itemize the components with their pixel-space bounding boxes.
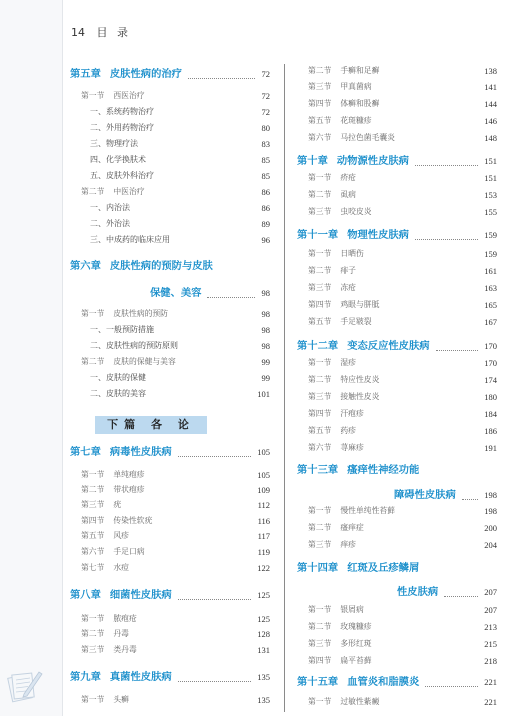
section-number: 第一节 [308,697,331,706]
toc-subitem-entry: 二、皮肤的美容101 [70,386,270,402]
toc-subitem-entry: 一、内治法86 [70,200,270,216]
toc-section-entry: 第五节风疹117 [70,528,270,544]
section-label: 第一节西医治疗 [81,88,145,104]
toc-section-entry: 第二节虱病153 [297,187,497,203]
section-label: 第三节虫咬皮炎 [308,204,372,220]
section-label: 第七节水痘 [81,560,129,576]
page-ref: 198 [484,485,497,505]
subitem-title: 五、皮肤外科治疗 [90,168,154,184]
toc-subitem-entry: 二、外用药物治疗80 [70,120,270,136]
chapter-title: 细菌性皮肤病 [110,589,172,601]
toc-section-entry: 第六节手足口病119 [70,544,270,560]
section-title: 药疹 [340,426,356,435]
section-label: 第三节疣 [81,497,121,513]
section-title: 水痘 [113,563,129,572]
toc-chapter-entry: 第十章动物源性皮肤病151 [297,151,497,171]
section-number: 第二节 [308,622,331,631]
header-title-char: 录 [117,26,128,39]
section-label: 第二节中医治疗 [81,184,145,200]
toc-section-entry: 第一节疥疮151 [297,170,497,186]
subitem-title: 四、化学换肤术 [90,152,146,168]
toc-chapter-continuation: 障碍性皮肤病198 [297,485,497,505]
section-label: 第六节马拉色菌毛囊炎 [308,130,395,146]
chapter-title: 血管炎和脂膜炎 [347,676,419,688]
section-number: 第二节 [81,485,104,494]
toc-subitem-entry: 一、系统药物治疗72 [70,104,270,120]
section-label: 第一节单纯疱疹 [81,467,145,483]
section-number: 第三节 [308,207,331,216]
section-number: 第一节 [308,173,331,182]
toc-section-entry: 第二节带状疱疹109 [70,482,270,498]
chapter-label: 第十二章变态反应性皮肤病 [297,336,430,356]
section-title: 多形红斑 [340,639,371,648]
page-ref: 198 [484,503,497,519]
section-number: 第七节 [81,563,104,572]
subitem-title: 一、内治法 [90,200,130,216]
toc-section-entry: 第三节虫咬皮炎155 [297,204,497,220]
leader-dots [462,479,478,500]
section-title: 痱子 [340,266,356,275]
section-title: 疥疮 [340,173,356,182]
section-label: 第五节手足皲裂 [308,314,372,330]
page-ref: 151 [484,151,497,171]
page-ref: 99 [262,354,271,370]
toc-section-entry: 第三节痒疹204 [297,537,497,553]
toc-section-entry: 第一节日晒伤159 [297,246,497,262]
subitem-title: 三、物理疗法 [90,136,138,152]
page-ref: 112 [258,497,270,513]
chapter-title: 瘙痒性神经功能 [347,464,419,476]
section-title: 甲真菌病 [340,82,371,91]
page-ref: 148 [484,130,497,146]
page-ref: 161 [484,263,497,279]
section-label: 第二节玫瑰糠疹 [308,619,372,635]
chapter-number: 第八章 [70,589,101,601]
page-header: 14 目 录 [71,24,134,40]
section-number: 第三节 [81,645,104,654]
toc-section-entry: 第四节鸡眼与胼胝165 [297,297,497,313]
chapter-label: 第六章皮肤性病的预防与皮肤 [70,256,213,276]
page-ref: 218 [484,653,497,669]
toc-section-entry: 第七节水痘122 [70,560,270,576]
toc-subitem-entry: 一、一般预防措施98 [70,322,270,338]
section-label: 第二节特应性皮炎 [308,372,379,388]
toc-section-entry: 第二节中医治疗86 [70,184,270,200]
section-number: 第四节 [308,409,331,418]
page-ref: 80 [262,120,271,136]
toc-section-entry: 第五节手足皲裂167 [297,314,497,330]
toc-chapter-entry: 第九章真菌性皮肤病135 [70,667,270,687]
page-ref: 153 [484,187,497,203]
page-ref: 116 [258,513,270,529]
toc-subitem-entry: 二、外治法89 [70,216,270,232]
page-ref: 180 [484,389,497,405]
section-label: 第四节传染性软疣 [81,513,152,529]
section-title: 西医治疗 [113,91,144,100]
leader-dots [415,145,478,166]
toc-section-entry: 第一节湿疹170 [297,355,497,371]
section-title: 银屑病 [340,605,363,614]
page-ref: 105 [257,467,270,483]
page-ref: 170 [484,355,497,371]
section-number: 第二节 [308,375,331,384]
chapter-title-continued: 性皮肤病 [397,582,438,602]
section-label: 第一节过敏性紫癜 [308,694,379,710]
section-label: 第五节风疹 [81,528,129,544]
section-label: 第一节疥疮 [308,170,356,186]
section-number: 第三节 [308,392,331,401]
chapter-title: 真菌性皮肤病 [110,671,172,683]
chapter-number: 第十二章 [297,340,338,352]
chapter-label: 第七章病毒性皮肤病 [70,442,172,462]
page-ref: 86 [262,200,271,216]
section-number: 第四节 [308,99,331,108]
page-ref: 141 [484,79,497,95]
subitem-title: 二、外用药物治疗 [90,120,154,136]
section-number: 第一节 [81,470,104,479]
section-title: 中医治疗 [113,187,144,196]
section-title: 玫瑰糠疹 [340,622,371,631]
section-number: 第五节 [308,116,331,125]
toc-section-entry: 第二节皮肤的保健与美容99 [70,354,270,370]
toc-subitem-entry: 三、物理疗法83 [70,136,270,152]
chapter-label: 第十一章物理性皮肤病 [297,225,409,245]
section-title: 皮肤的保健与美容 [113,357,175,366]
section-label: 第四节扁平苔藓 [308,653,372,669]
section-number: 第五节 [308,426,331,435]
chapter-label: 第十四章红斑及丘疹鳞屑 [297,558,419,578]
page-ref: 125 [257,611,270,627]
section-label: 第三节痒疹 [308,537,356,553]
section-label: 第五节药疹 [308,423,356,439]
section-title: 湿疹 [340,358,356,367]
page-ref: 119 [258,544,270,560]
toc-chapter-entry: 第八章细菌性皮肤病125 [70,585,270,605]
subitem-title: 一、系统药物治疗 [90,104,154,120]
toc-section-entry: 第二节痱子161 [297,263,497,279]
section-number: 第六节 [308,443,331,452]
section-number: 第一节 [308,249,331,258]
toc-chapter-entry: 第十三章瘙痒性神经功能 [297,460,497,480]
chapter-number: 第十四章 [297,562,338,574]
page-ref: 165 [484,297,497,313]
toc-chapter-entry: 第十二章变态反应性皮肤病170 [297,336,497,356]
chapter-label: 第八章细菌性皮肤病 [70,585,172,605]
chapter-label: 第九章真菌性皮肤病 [70,667,172,687]
toc-section-entry: 第三节冻疮163 [297,280,497,296]
section-label: 第一节慢性单纯性苔藓 [308,503,395,519]
page-ref: 221 [484,694,497,710]
page-ref: 155 [484,204,497,220]
section-title: 皮肤性病的预防 [113,309,168,318]
chapter-number: 第七章 [70,446,101,458]
section-label: 第一节银屑病 [308,602,364,618]
section-label: 第三节多形红斑 [308,636,372,652]
toc-chapter-entry: 第七章病毒性皮肤病105 [70,442,270,462]
section-title: 体癣和股癣 [340,99,379,108]
part-banner: 下篇 各 论 [95,416,207,434]
chapter-title: 病毒性皮肤病 [110,446,172,458]
subitem-title: 二、皮肤性病的预防原则 [90,338,178,354]
toc-subitem-entry: 二、皮肤性病的预防原则98 [70,338,270,354]
page-number: 14 [71,26,85,39]
section-label: 第二节手癣和足癣 [308,63,379,79]
toc-section-entry: 第一节过敏性紫癜221 [297,694,497,710]
subitem-title: 二、外治法 [90,216,130,232]
section-number: 第三节 [308,283,331,292]
page-ref: 131 [257,642,270,658]
section-label: 第五节花斑糠疹 [308,113,372,129]
section-number: 第四节 [81,516,104,525]
page-ref: 159 [484,225,497,245]
section-number: 第一节 [308,506,331,515]
page-ref: 215 [484,636,497,652]
chapter-label: 第十三章瘙痒性神经功能 [297,460,419,480]
page-ref: 72 [262,104,271,120]
section-number: 第三节 [308,82,331,91]
toc-section-entry: 第一节西医治疗72 [70,88,270,104]
header-title-char: 目 [97,26,108,39]
section-title: 风疹 [113,531,129,540]
chapter-title-continued: 保健、美容 [150,283,201,303]
toc-section-entry: 第三节类丹毒131 [70,642,270,658]
section-label: 第四节汗疱疹 [308,406,364,422]
column-divider [284,64,285,712]
section-number: 第二节 [81,187,104,196]
chapter-number: 第九章 [70,671,101,683]
section-title: 头癣 [113,695,129,704]
chapter-title: 物理性皮肤病 [347,229,409,241]
page-ref: 85 [262,168,271,184]
toc-section-entry: 第一节脓疱疮125 [70,611,270,627]
section-number: 第二节 [308,523,331,532]
chapter-number: 第十一章 [297,229,338,241]
section-title: 丹毒 [113,629,129,638]
page-ref: 221 [484,672,497,692]
toc-chapter-entry: 第十四章红斑及丘疹鳞屑 [297,558,497,578]
section-title: 虫咬皮炎 [340,207,371,216]
section-title: 瘙痒症 [340,523,363,532]
section-title: 手足皲裂 [340,317,371,326]
section-label: 第三节甲真菌病 [308,79,372,95]
page-ref: 125 [257,585,270,605]
toc-section-entry: 第五节药疹186 [297,423,497,439]
subitem-title: 二、皮肤的美容 [90,386,146,402]
page-ref: 135 [257,667,270,687]
page-ref: 191 [484,440,497,456]
section-number: 第三节 [308,540,331,549]
leader-dots [425,666,478,687]
section-label: 第四节体癣和股癣 [308,96,379,112]
section-title: 马拉色菌毛囊炎 [340,133,395,142]
section-title: 扁平苔藓 [340,656,371,665]
page-ref: 89 [262,216,271,232]
page-ref: 184 [484,406,497,422]
chapter-title: 皮肤性病的预防与皮肤 [110,260,213,272]
section-title: 接触性皮炎 [340,392,379,401]
section-number: 第一节 [308,358,331,367]
section-label: 第二节虱病 [308,187,356,203]
page-ref: 146 [484,113,497,129]
chapter-number: 第六章 [70,260,101,272]
page-ref: 98 [262,338,271,354]
toc-chapter-entry: 第十一章物理性皮肤病159 [297,225,497,245]
page-ref: 144 [484,96,497,112]
section-label: 第六节手足口病 [81,544,145,560]
section-title: 虱病 [340,190,356,199]
chapter-title: 红斑及丘疹鳞屑 [347,562,419,574]
section-title: 日晒伤 [340,249,363,258]
section-number: 第二节 [81,629,104,638]
page-ref: 167 [484,314,497,330]
toc-section-entry: 第二节手癣和足癣138 [297,63,497,79]
toc-section-entry: 第一节单纯疱疹105 [70,467,270,483]
chapter-number: 第十章 [297,155,328,167]
section-number: 第一节 [81,614,104,623]
section-title: 疣 [113,500,121,509]
toc-subitem-entry: 三、中成药的临床应用96 [70,232,270,248]
page-ref: 170 [484,336,497,356]
page-ref: 83 [262,136,271,152]
section-title: 手足口病 [113,547,144,556]
section-number: 第三节 [81,500,104,509]
section-title: 特应性皮炎 [340,375,379,384]
leader-dots [178,579,251,600]
section-label: 第一节皮肤性病的预防 [81,306,168,322]
leader-dots [178,661,251,682]
chapter-label: 第五章皮肤性病的治疗 [70,64,182,84]
section-title: 慢性单纯性苔藓 [340,506,395,515]
notepad-pencil-icon [4,664,44,704]
page-ref: 109 [257,482,270,498]
section-label: 第三节接触性皮炎 [308,389,379,405]
section-label: 第三节类丹毒 [81,642,137,658]
section-number: 第二节 [308,266,331,275]
page-ref: 85 [262,152,271,168]
page-ref: 72 [262,88,271,104]
page-ref: 174 [484,372,497,388]
page-ref: 86 [262,184,271,200]
section-title: 冻疮 [340,283,356,292]
section-title: 汗疱疹 [340,409,363,418]
toc-section-entry: 第六节马拉色菌毛囊炎148 [297,130,497,146]
section-title: 鸡眼与胼胝 [340,300,379,309]
toc-section-entry: 第一节银屑病207 [297,602,497,618]
section-label: 第一节脓疱疮 [81,611,137,627]
chapter-number: 第十三章 [297,464,338,476]
chapter-title: 变态反应性皮肤病 [347,340,429,352]
section-label: 第一节日晒伤 [308,246,364,262]
chapter-label: 第十章动物源性皮肤病 [297,151,409,171]
toc-section-entry: 第五节花斑糠疹146 [297,113,497,129]
section-number: 第一节 [81,695,104,704]
page-ref: 204 [484,537,497,553]
toc-section-entry: 第三节疣112 [70,497,270,513]
section-label: 第二节带状疱疹 [81,482,145,498]
page-ref: 122 [257,560,270,576]
toc-chapter-continuation: 保健、美容98 [70,283,270,303]
page-ref: 128 [257,626,270,642]
margin-line [62,0,63,716]
section-number: 第三节 [308,639,331,648]
page-ref: 207 [484,602,497,618]
chapter-label: 第十五章血管炎和脂膜炎 [297,672,419,692]
toc-section-entry: 第四节传染性软疣116 [70,513,270,529]
section-title: 类丹毒 [113,645,136,654]
toc-section-entry: 第二节玫瑰糠疹213 [297,619,497,635]
section-number: 第四节 [308,656,331,665]
section-number: 第一节 [308,605,331,614]
section-title: 痒疹 [340,540,356,549]
leader-dots [444,576,478,597]
leader-dots [188,58,255,79]
section-number: 第一节 [81,91,104,100]
section-label: 第六节荨麻疹 [308,440,364,456]
toc-section-entry: 第三节甲真菌病141 [297,79,497,95]
section-number: 第二节 [81,357,104,366]
section-number: 第二节 [308,190,331,199]
section-number: 第五节 [308,317,331,326]
toc-chapter-entry: 第六章皮肤性病的预防与皮肤 [70,256,270,276]
page-ref: 138 [484,63,497,79]
section-label: 第二节瘙痒症 [308,520,364,536]
section-title: 过敏性紫癜 [340,697,379,706]
toc-section-entry: 第一节慢性单纯性苔藓198 [297,503,497,519]
subitem-title: 一、皮肤的保健 [90,370,146,386]
subitem-title: 三、中成药的临床应用 [90,232,170,248]
section-title: 单纯疱疹 [113,470,144,479]
page-ref: 101 [257,386,270,402]
page-ref: 98 [262,306,271,322]
subitem-title: 一、一般预防措施 [90,322,154,338]
section-title: 花斑糠疹 [340,116,371,125]
toc-subitem-entry: 一、皮肤的保健99 [70,370,270,386]
toc-section-entry: 第六节荨麻疹191 [297,440,497,456]
toc-subitem-entry: 五、皮肤外科治疗85 [70,168,270,184]
toc-section-entry: 第三节接触性皮炎180 [297,389,497,405]
toc-section-entry: 第一节皮肤性病的预防98 [70,306,270,322]
chapter-title-continued: 障碍性皮肤病 [394,485,456,505]
section-title: 传染性软疣 [113,516,152,525]
toc-section-entry: 第二节特应性皮炎174 [297,372,497,388]
chapter-title: 皮肤性病的治疗 [110,68,182,80]
toc-section-entry: 第二节瘙痒症200 [297,520,497,536]
toc-section-entry: 第四节体癣和股癣144 [297,96,497,112]
leader-dots [178,436,251,457]
page-ref: 213 [484,619,497,635]
section-number: 第一节 [81,309,104,318]
section-label: 第二节痱子 [308,263,356,279]
section-number: 第六节 [81,547,104,556]
section-label: 第一节头癣 [81,692,129,708]
page-ref: 98 [262,322,271,338]
toc-chapter-entry: 第五章皮肤性病的治疗72 [70,64,270,84]
section-label: 第二节皮肤的保健与美容 [81,354,176,370]
section-number: 第四节 [308,300,331,309]
page-ref: 99 [262,370,271,386]
toc-chapter-entry: 第十五章血管炎和脂膜炎221 [297,672,497,692]
toc-section-entry: 第一节头癣135 [70,692,270,708]
page-ref: 186 [484,423,497,439]
chapter-number: 第十五章 [297,676,338,688]
page-ref: 151 [484,170,497,186]
toc-section-entry: 第四节汗疱疹184 [297,406,497,422]
section-label: 第一节湿疹 [308,355,356,371]
toc-section-entry: 第三节多形红斑215 [297,636,497,652]
section-title: 荨麻疹 [340,443,363,452]
leader-dots [415,219,478,240]
section-label: 第四节鸡眼与胼胝 [308,297,379,313]
